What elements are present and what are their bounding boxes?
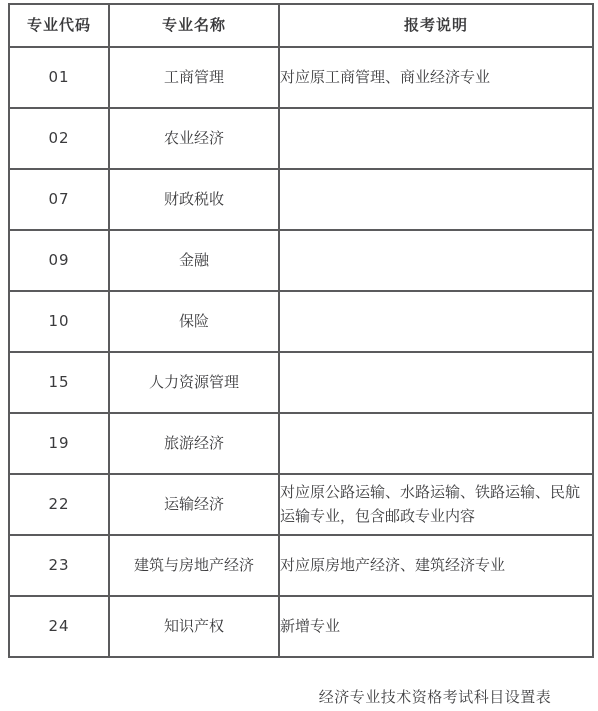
- table-row: 02农业经济: [9, 108, 593, 169]
- table-row: 10保险: [9, 291, 593, 352]
- table-row: 19旅游经济: [9, 413, 593, 474]
- cell-code: 09: [9, 230, 109, 291]
- table-row: 24知识产权新增专业: [9, 596, 593, 657]
- cell-code: 22: [9, 474, 109, 535]
- cell-name: 金融: [109, 230, 279, 291]
- cell-name: 知识产权: [109, 596, 279, 657]
- cell-code: 01: [9, 47, 109, 108]
- cell-name: 旅游经济: [109, 413, 279, 474]
- cell-code: 15: [9, 352, 109, 413]
- cell-name: 工商管理: [109, 47, 279, 108]
- table-row: 23建筑与房地产经济对应原房地产经济、建筑经济专业: [9, 535, 593, 596]
- table-row: 01工商管理对应原工商管理、商业经济专业: [9, 47, 593, 108]
- cell-name: 运输经济: [109, 474, 279, 535]
- cell-name: 建筑与房地产经济: [109, 535, 279, 596]
- cell-code: 02: [9, 108, 109, 169]
- cell-note: 对应原公路运输、水路运输、铁路运输、民航运输专业，包含邮政专业内容: [279, 474, 593, 535]
- cell-code: 19: [9, 413, 109, 474]
- table-row: 07财政税收: [9, 169, 593, 230]
- cell-code: 07: [9, 169, 109, 230]
- table-row: 15人力资源管理: [9, 352, 593, 413]
- cell-name: 农业经济: [109, 108, 279, 169]
- column-header-name: 专业名称: [109, 4, 279, 47]
- cell-note: 对应原工商管理、商业经济专业: [279, 47, 593, 108]
- table-row: 22运输经济对应原公路运输、水路运输、铁路运输、民航运输专业，包含邮政专业内容: [9, 474, 593, 535]
- cell-note: [279, 291, 593, 352]
- cell-note: [279, 230, 593, 291]
- cell-note: [279, 413, 593, 474]
- document-page: 专业代码 专业名称 报考说明 01工商管理对应原工商管理、商业经济专业02农业经…: [0, 0, 598, 711]
- column-header-code: 专业代码: [9, 4, 109, 47]
- cell-name: 人力资源管理: [109, 352, 279, 413]
- table-body: 01工商管理对应原工商管理、商业经济专业02农业经济07财政税收09金融10保险…: [9, 47, 593, 657]
- cell-name: 保险: [109, 291, 279, 352]
- table-header-row: 专业代码 专业名称 报考说明: [9, 4, 593, 47]
- cell-code: 23: [9, 535, 109, 596]
- cell-note: [279, 169, 593, 230]
- cell-note: [279, 352, 593, 413]
- cell-note: 新增专业: [279, 596, 593, 657]
- column-header-note: 报考说明: [279, 4, 593, 47]
- cell-code: 10: [9, 291, 109, 352]
- cell-code: 24: [9, 596, 109, 657]
- table-row: 09金融: [9, 230, 593, 291]
- cell-note: 对应原房地产经济、建筑经济专业: [279, 535, 593, 596]
- cell-note: [279, 108, 593, 169]
- cell-name: 财政税收: [109, 169, 279, 230]
- table-caption: 经济专业技术资格考试科目设置表: [278, 686, 592, 707]
- specialty-code-table: 专业代码 专业名称 报考说明 01工商管理对应原工商管理、商业经济专业02农业经…: [8, 3, 594, 658]
